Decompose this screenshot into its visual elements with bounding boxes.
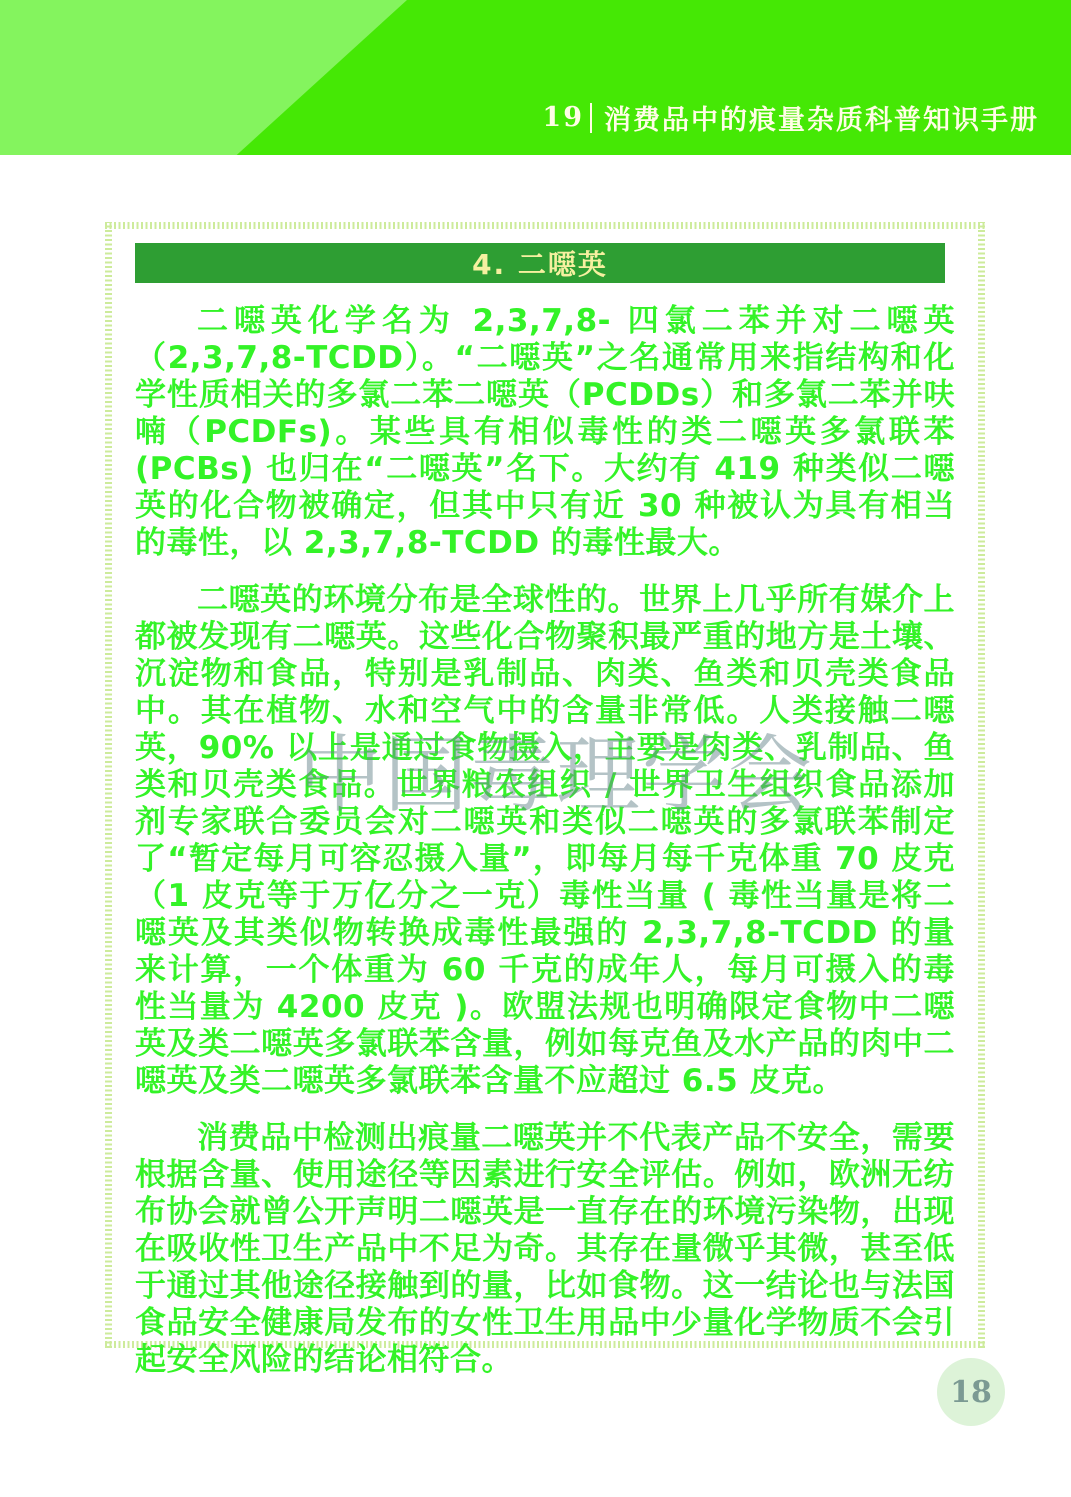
header-divider xyxy=(590,103,592,133)
paragraph-1: 二噁英化学名为 2,3,7,8- 四氯二苯并对二噁英（2,3,7,8-TCDD）… xyxy=(135,303,955,562)
header-page-number: 19 xyxy=(542,102,584,133)
header-title: 消费品中的痕量杂质科普知识手册 xyxy=(604,98,1039,137)
paragraph-2: 二噁英的环境分布是全球性的。世界上几乎所有媒介上都被发现有二噁英。这些化合物聚积… xyxy=(135,582,955,1100)
page-number-badge: 18 xyxy=(937,1358,1005,1426)
page-number: 18 xyxy=(950,1375,992,1410)
header-titlebar: 19 消费品中的痕量杂质科普知识手册 xyxy=(542,98,1039,137)
content-box: 4. 二噁英 二噁英化学名为 2,3,7,8- 四氯二苯并对二噁英（2,3,7,… xyxy=(105,222,985,1348)
header-band: 19 消费品中的痕量杂质科普知识手册 xyxy=(0,0,1071,155)
body-text: 二噁英化学名为 2,3,7,8- 四氯二苯并对二噁英（2,3,7,8-TCDD）… xyxy=(105,283,985,1379)
section-title-bar: 4. 二噁英 xyxy=(135,243,945,283)
paragraph-3: 消费品中检测出痕量二噁英并不代表产品不安全，需要根据含量、使用途径等因素进行安全… xyxy=(135,1120,955,1379)
section-title: 4. 二噁英 xyxy=(472,243,608,283)
